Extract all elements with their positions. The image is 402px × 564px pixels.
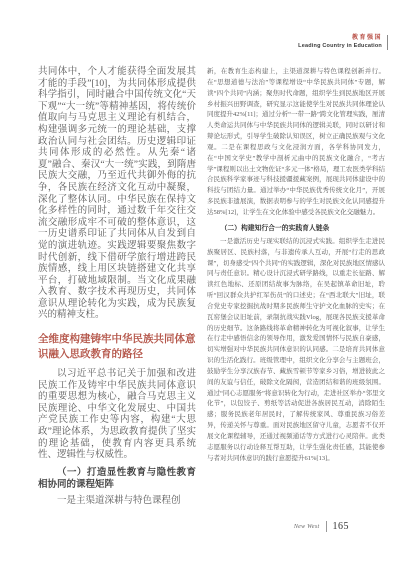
header-tag-cn: 教育强国: [298, 35, 382, 43]
page-number: 165: [333, 521, 350, 532]
article-body: 共同体中，个人才能获得全面发展其才能的手段”[10]，为共同体形成提供科学指引，…: [38, 67, 375, 507]
subsection-heading-2: （二）构建知行合一的实践育人链条: [207, 223, 385, 234]
footer-divider: [326, 521, 327, 532]
journal-name: New West: [294, 524, 320, 530]
header-tag-en: Leading Country in Education: [298, 43, 382, 50]
left-column: 共同体中，个人才能获得全面发展其才能的手段”[10]，为共同体形成提供科学指引，…: [38, 67, 196, 507]
journal-page: 教育强国 Leading Country in Education 共同体中，个…: [0, 0, 402, 564]
paragraph-theory: 以习近平总书记关于加强和改进民族工作及铸牢中华民族共同体意识的重要思想为核心，融…: [38, 369, 196, 462]
right-column: 新，在教育生态构建上，主渠道深耕与特色课程创新并行。在“思想道德与法治”等课程增…: [207, 67, 385, 507]
header-column-tag: 教育强国 Leading Country in Education: [298, 35, 382, 49]
subsection-heading-1: （一）打造显性教育与隐性教育相协同的课程矩阵: [38, 467, 196, 492]
section-heading-red: 全维度构建铸牢中华民族共同体意识融入思政教育的路径: [38, 333, 196, 362]
paragraph-start: 一是主渠道深耕与特色课程创: [38, 496, 196, 508]
paragraph-continuation: 共同体中，个人才能获得全面发展其才能的手段”[10]，为共同体形成提供科学指引，…: [38, 67, 196, 322]
page-footer: New West 165: [294, 521, 349, 532]
paragraph-curriculum: 新，在教育生态构建上，主渠道深耕与特色课程创新并行。在“思想道德与法治”等课程增…: [207, 67, 385, 219]
header-divider: [387, 35, 388, 50]
paragraph-practice: 一是激活历史与现实联结的沉浸式实践。组织学生走进民族聚居区、民族村落，与非遗传承…: [207, 237, 385, 465]
page-header: 教育强国 Leading Country in Education: [298, 35, 388, 50]
